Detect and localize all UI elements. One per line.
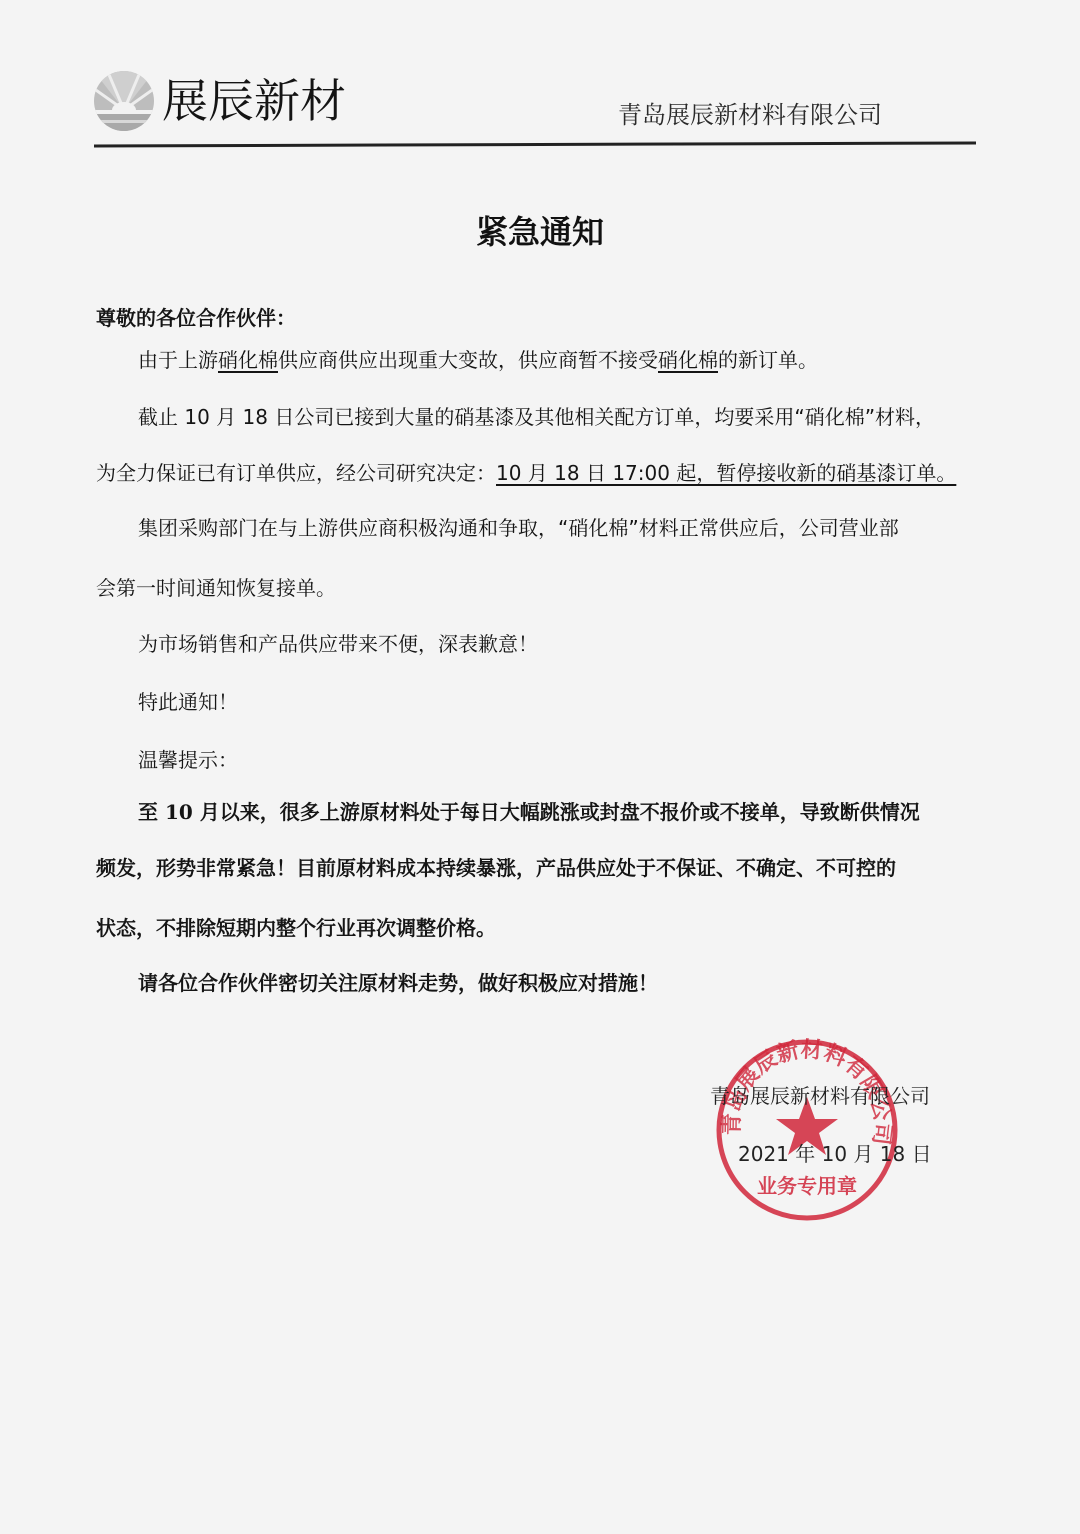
tip-line-1: 至 10 月以来，很多上游原材料处于每日大幅跳涨或封盘不报价或不接单，导致断供情… [96,798,1023,826]
company-logo-icon [93,70,155,132]
p1-text-a: 由于上游 [138,348,218,372]
p2-text-a: 为全力保证已有订单供应，经公司研究决定： [96,461,496,485]
p1-highlight-material-2: 硝化棉 [658,348,718,372]
svg-text:业务专用章: 业务专用章 [757,1174,857,1198]
tip-label: 温馨提示： [96,746,1023,774]
p1-text-c: 供应商供应出现重大变故，供应商暂不接受 [278,348,658,372]
document-title: 紧急通知 [0,210,1080,254]
p2-decision-highlight: 10 月 18 日 17:00 起，暂停接收新的硝基漆订单。 [496,461,956,485]
paragraph-apology: 为市场销售和产品供应带来不便，深表歉意！ [96,630,1023,658]
tip-line-3: 状态，不排除短期内整个行业再次调整价格。 [96,914,981,942]
company-seal-stamp: 青岛展辰新材料有限公司 业务专用章 [712,1035,902,1225]
tip-line-2: 频发，形势非常紧急！目前原材料成本持续暴涨，产品供应处于不保证、不确定、不可控的 [96,854,981,882]
paragraph-3-line-1: 集团采购部门在与上游供应商积极沟通和争取，“硝化棉”材料正常供应后，公司营业部 [96,514,1023,542]
logo-wordmark: 展辰新材 [162,72,346,130]
p1-highlight-material: 硝化棉 [218,348,278,372]
paragraph-2-line-1: 截止 10 月 18 日公司已接到大量的硝基漆及其他相关配方订单，均要采用“硝化… [96,403,1023,431]
tip-line-4: 请各位合作伙伴密切关注原材料走势，做好积极应对措施！ [96,969,1023,997]
paragraph-1: 由于上游硝化棉供应商供应出现重大变故，供应商暂不接受硝化棉的新订单。 [96,346,1023,374]
paragraph-2-line-2: 为全力保证已有订单供应，经公司研究决定：10 月 18 日 17:00 起，暂停… [96,459,981,487]
p1-text-e: 的新订单。 [718,348,818,372]
header-divider [94,141,976,147]
signature-date: 2021 年 10 月 18 日 [738,1140,932,1168]
salutation: 尊敬的各位合作伙伴： [96,304,981,332]
paragraph-3-line-2: 会第一时间通知恢复接单。 [96,574,981,602]
header-company-name: 青岛展辰新材料有限公司 [618,100,882,130]
signature-company: 青岛展辰新材料有限公司 [710,1082,930,1110]
paragraph-notice: 特此通知！ [96,688,1023,716]
